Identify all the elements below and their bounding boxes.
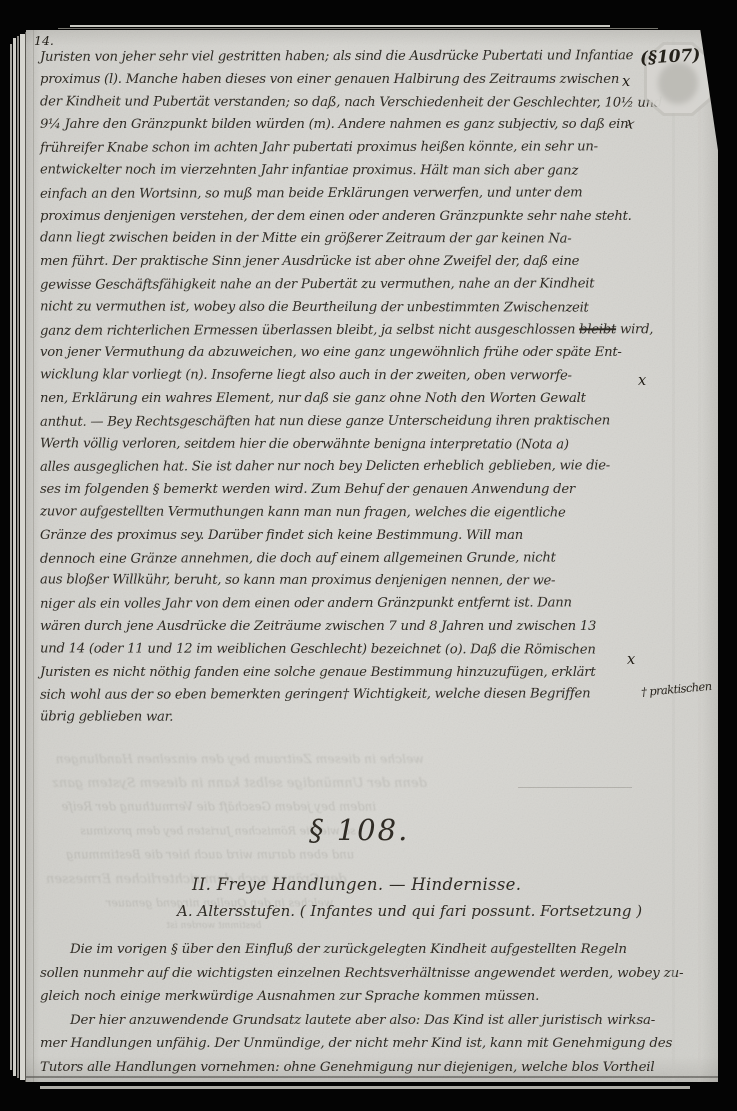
manuscript-scan: welche in diesem Zeitraum bey den einzel… [0, 0, 737, 1111]
manuscript-line: ses im folgenden § bemerkt werden wird. … [40, 479, 656, 502]
scan-streak [672, 30, 675, 1082]
section-subheading-1: II. Freye Handlungen. — Hindernisse. [192, 875, 521, 894]
section-heading: § 108. [309, 813, 409, 847]
bleed-through-text: denn der Unmündige selbst kann in diesem… [52, 776, 427, 791]
page-bottom-edge [26, 1076, 718, 1078]
manuscript-line: entwickelter noch im vierzehnten Jahr in… [40, 159, 656, 183]
page-number: 14. [34, 33, 54, 48]
manuscript-line: dennoch eine Gränze annehmen, die doch a… [40, 547, 656, 571]
manuscript-line: sollen nunmehr auf die wichtigsten einze… [40, 962, 660, 986]
manuscript-line: aus bloßer Willkühr, beruht, so kann man… [40, 570, 656, 594]
manuscript-line: gewisse Geschäftsfähigkeit nahe an der P… [40, 273, 656, 297]
bleed-through-text: bestimmt worden ist [166, 920, 261, 931]
manuscript-line: Juristen von jeher sehr viel gestritten … [40, 45, 656, 69]
manuscript-line: proximus (l). Manche haben dieses von ei… [40, 69, 656, 92]
manuscript-line: ganz dem richterlichen Ermessen überlass… [40, 319, 656, 343]
sheet-edge-top [58, 28, 658, 29]
manuscript-line: Werth völlig verloren, seitdem hier die … [40, 433, 656, 457]
manuscript-line: Gränze des proximus sey. Darüber findet … [40, 525, 656, 548]
manuscript-line: niger als ein volles Jahr von dem einen … [40, 592, 656, 616]
manuscript-line: alles ausgeglichen hat. Sie ist daher nu… [40, 456, 656, 480]
manuscript-line: nicht zu vermuthen ist, wobey also die B… [40, 296, 656, 320]
embossed-seal-icon [658, 62, 698, 104]
manuscript-line: übrig geblieben war. [40, 706, 656, 730]
closing-paragraphs: Die im vorigen § über den Einfluß der zu… [40, 938, 660, 1079]
manuscript-line: nen, Erklärung ein wahres Element, nur d… [40, 388, 656, 411]
manuscript-line: von jener Vermuthung da abzuweichen, wo … [40, 342, 656, 365]
manuscript-line: sich wohl aus der so eben bemerkten geri… [40, 684, 656, 708]
sheet-edge-bottom [40, 1086, 690, 1089]
manuscript-line: 9¼ Jahre den Gränzpunkt bilden würden (m… [40, 114, 656, 137]
manuscript-line: Der hier anzuwendende Grundsatz lautete … [40, 1009, 660, 1033]
manuscript-line: mer Handlungen unfähig. Der Unmündige, d… [40, 1032, 660, 1056]
faint-rule [518, 787, 632, 788]
sheet-edge [10, 44, 12, 1070]
section-subheading-2: A. Altersstufen. ( Infantes und qui fari… [177, 902, 642, 920]
manuscript-line: dann liegt zwischen beiden in der Mitte … [40, 228, 656, 252]
manuscript-line: frühreifer Knabe schon im achten Jahr pu… [40, 136, 656, 160]
sheet-edge-top [70, 25, 610, 27]
manuscript-line: Die im vorigen § über den Einfluß der zu… [40, 938, 660, 962]
manuscript-line: der Kindheit und Pubertät verstanden; so… [40, 91, 656, 115]
manuscript-line: Juristen es nicht nöthig fanden eine sol… [40, 662, 656, 685]
manuscript-line: men führt. Der praktische Sinn jener Aus… [40, 251, 656, 274]
bleed-through-text: welche in diesem Zeitraum bey den einzel… [56, 752, 424, 766]
manuscript-line: gleich noch einige merkwürdige Ausnahmen… [40, 985, 660, 1009]
margin-x-mark: x [638, 373, 646, 389]
manuscript-line: wicklung klar vorliegt (n). Insoferne li… [40, 365, 656, 389]
margin-x-mark: x [627, 652, 635, 668]
scan-streak [698, 30, 701, 1082]
manuscript-text-block: Juristen von jeher sehr viel gestritten … [40, 46, 656, 730]
margin-x-mark: x [622, 74, 630, 90]
left-margin-rule [33, 30, 34, 1082]
manuscript-page: welche in diesem Zeitraum bey den einzel… [26, 30, 718, 1082]
bleed-through-text: und eben darum wird auch hier die Bestim… [66, 849, 354, 863]
manuscript-line: wären durch jene Ausdrücke die Zeiträume… [40, 616, 656, 639]
manuscript-line: zuvor aufgestellten Vermuthungen kann ma… [40, 501, 656, 525]
manuscript-line: einfach an den Wortsinn, so muß man beid… [40, 182, 656, 206]
manuscript-line: und 14 (oder 11 und 12 im weiblichen Ges… [40, 638, 656, 662]
sheet-edge [17, 36, 19, 1078]
struck-word: bleibt [579, 322, 616, 337]
sheet-edge [13, 38, 16, 1076]
manuscript-line: anthut. — Bey Rechtsgeschäften hat nun d… [40, 410, 656, 434]
manuscript-line: proximus denjenigen verstehen, der dem e… [40, 206, 656, 229]
header-section-reference: (§107) [640, 45, 701, 68]
